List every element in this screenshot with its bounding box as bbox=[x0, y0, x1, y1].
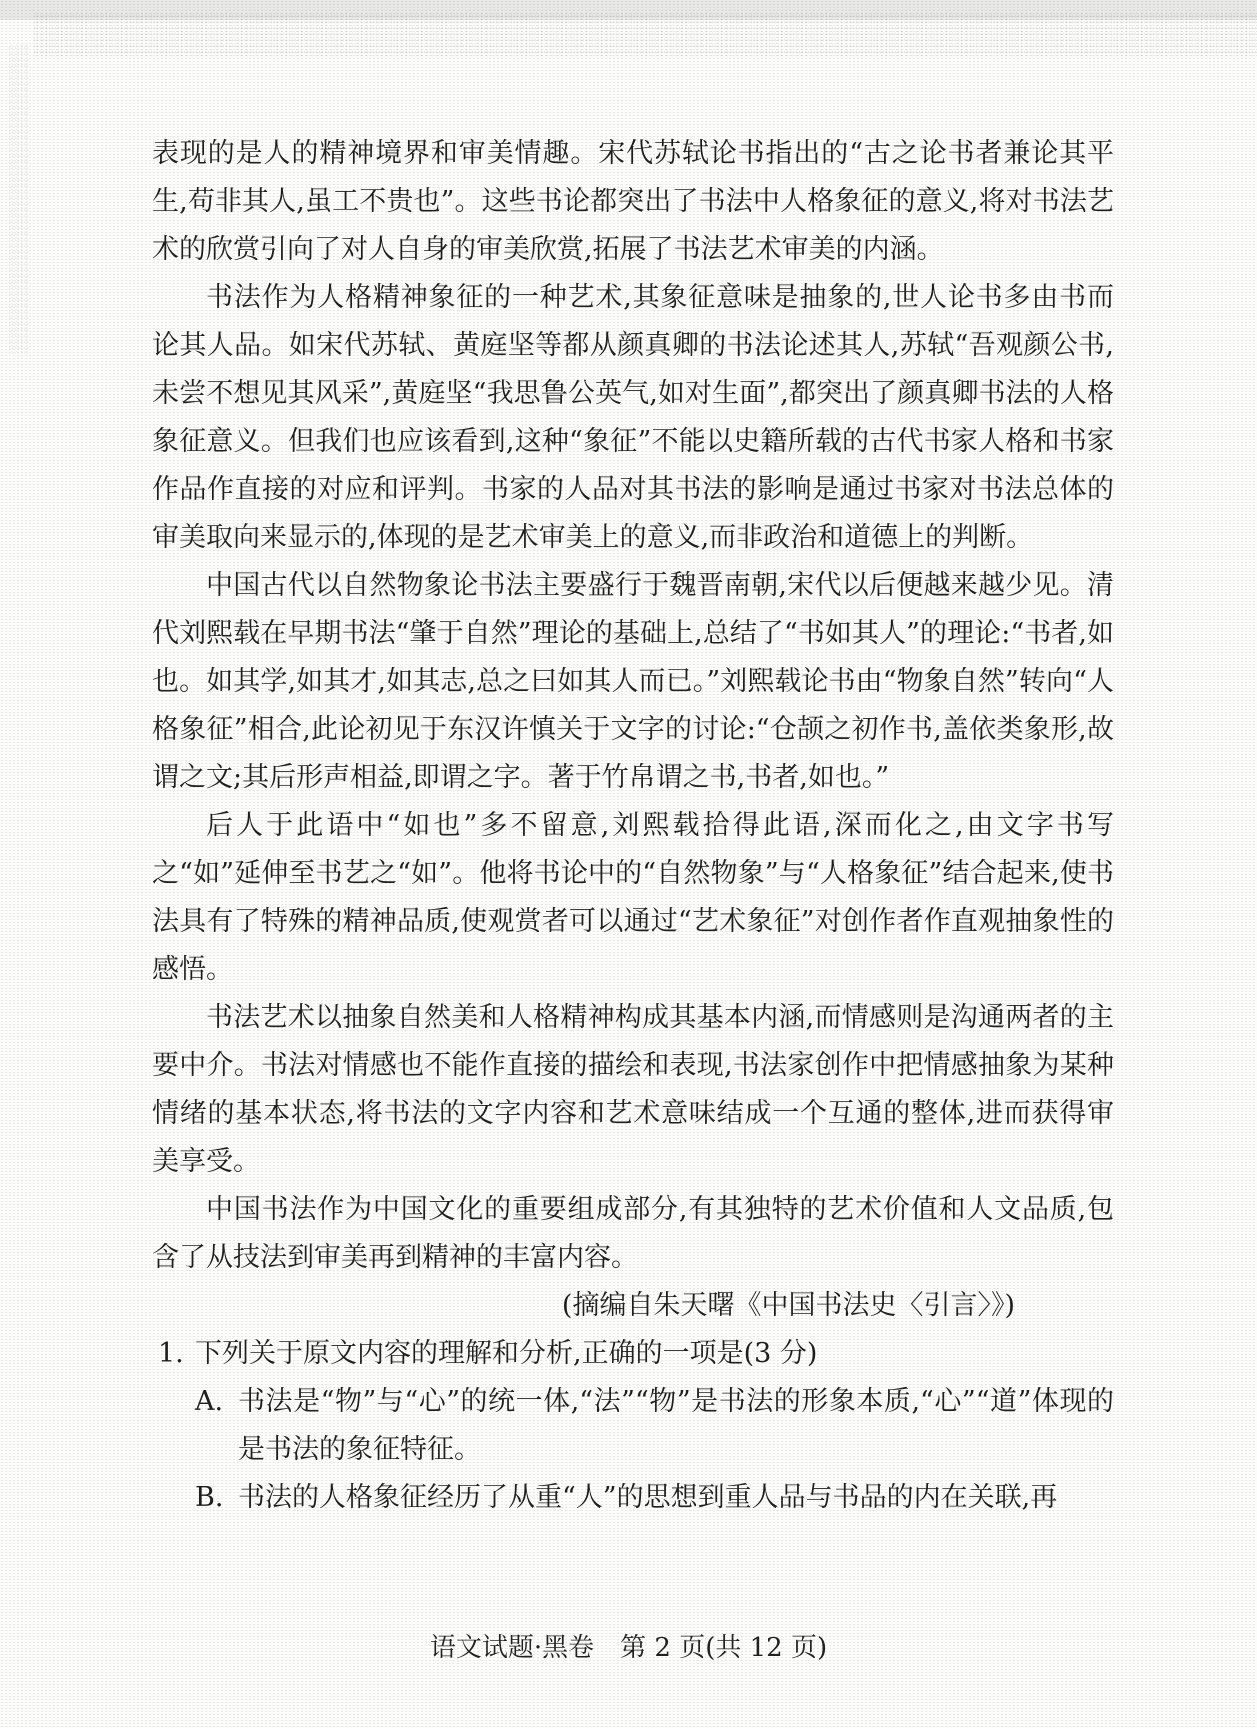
scan-artifact-bottom bbox=[0, 0, 1257, 20]
exam-paper-page: 表现的是人的精神境界和审美情趣。宋代苏轼论书指出的“古之论书者兼论其平生,苟非其… bbox=[0, 0, 1257, 1728]
